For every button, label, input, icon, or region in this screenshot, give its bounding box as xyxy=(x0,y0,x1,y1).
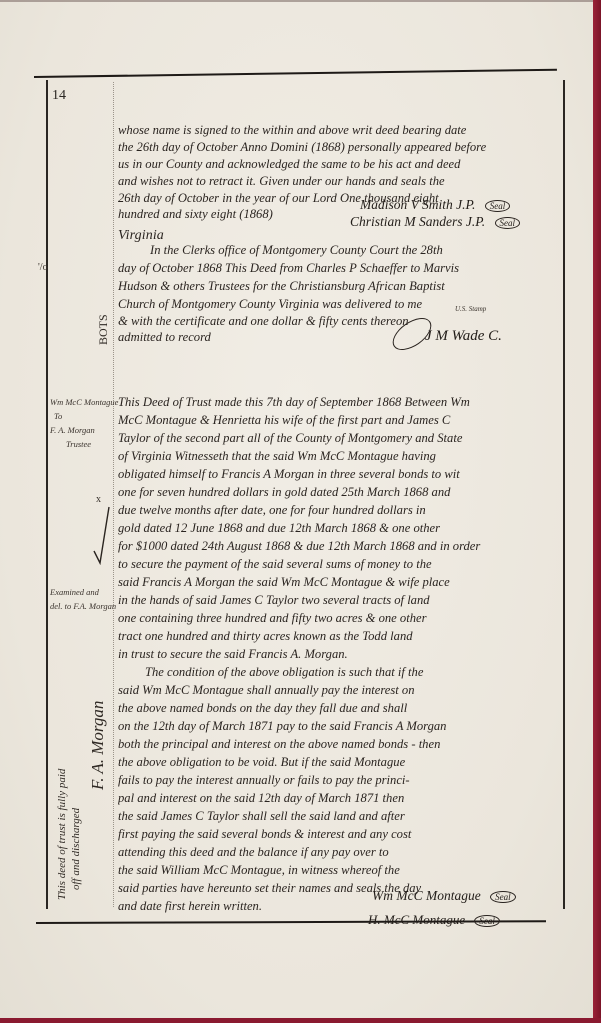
deed-line: due twelve months after date, one for fo… xyxy=(118,503,560,518)
binding-edge xyxy=(593,0,601,1023)
deed-line: McC Montague & Henrietta his wife of the… xyxy=(118,413,560,428)
deed-line: the above obligation to be void. But if … xyxy=(118,755,560,770)
deed-line: the above named bonds on the day they fa… xyxy=(118,701,560,716)
seal-mark: Seal xyxy=(490,891,516,903)
acknowledgment-line: and wishes not to retract it. Given unde… xyxy=(118,174,560,189)
margin-divider xyxy=(113,82,114,907)
seal-mark: Seal xyxy=(485,200,511,212)
stamp-note: U.S. Stamp xyxy=(455,305,486,313)
signature-name: Madison V Smith J.P. xyxy=(360,197,475,212)
justice-signature-1: Madison V Smith J.P. Seal xyxy=(360,197,510,213)
deed-line: This Deed of Trust made this 7th day of … xyxy=(118,395,560,410)
release-note: off and discharged xyxy=(70,808,82,890)
certificate-line: In the Clerks office of Montgomery Count… xyxy=(150,243,560,258)
certificate-line: day of October 1868 This Deed from Charl… xyxy=(118,261,560,276)
grantor-signature: Wm McC Montague Seal xyxy=(372,888,516,904)
page-top-edge xyxy=(0,0,593,2)
index-entry-to: To xyxy=(54,411,62,421)
examined-note: del. to F.A. Morgan xyxy=(50,601,116,611)
checkmark-icon xyxy=(92,505,110,565)
justice-signature-2: Christian M Sanders J.P. Seal xyxy=(350,214,520,230)
deed-line: the said William McC Montague, in witnes… xyxy=(118,863,560,878)
signature-name: H. McC Montague xyxy=(368,912,465,927)
deed-line: obligated himself to Francis A Morgan in… xyxy=(118,467,560,482)
signature-name: Christian M Sanders J.P. xyxy=(350,214,485,229)
certificate-line: Church of Montgomery County Virginia was… xyxy=(118,297,560,312)
deed-line: fails to pay the interest annually or fa… xyxy=(118,773,560,788)
wife-signature: H. McC Montague Seal xyxy=(368,912,500,928)
seal-mark: Seal xyxy=(474,915,500,927)
release-note: This deed of trust is fully paid xyxy=(56,769,68,900)
acknowledgment-line: us in our County and acknowledged the sa… xyxy=(118,157,560,172)
deed-line: both the principal and interest on the a… xyxy=(118,737,560,752)
deed-line: to secure the payment of the said severa… xyxy=(118,557,560,572)
deed-line: The condition of the above obligation is… xyxy=(145,665,560,680)
page-number: 14 xyxy=(52,88,66,104)
deed-line: said Wm McC Montague shall annually pay … xyxy=(118,683,560,698)
clerk-signature: J M Wade C. xyxy=(425,328,502,345)
deed-line: one containing three hundred and fifty t… xyxy=(118,611,560,626)
acknowledgment-line: whose name is signed to the within and a… xyxy=(118,123,560,138)
deed-line: and date first herein written. xyxy=(118,899,318,914)
acknowledgment-line: the 26th day of October Anno Domini (186… xyxy=(118,140,560,155)
index-entry-grantee: F. A. Morgan xyxy=(50,425,95,435)
fee-note: BOTS xyxy=(96,314,111,345)
deed-line: of Virginia Witnesseth that the said Wm … xyxy=(118,449,560,464)
seal-mark: Seal xyxy=(495,217,521,229)
deed-line: attending this deed and the balance if a… xyxy=(118,845,560,860)
signature-name: Wm McC Montague xyxy=(372,888,481,903)
index-entry-grantor: Wm McC Montague xyxy=(50,397,118,407)
acknowledgment-line: hundred and sixty eight (1868) xyxy=(118,207,318,222)
release-signature: F. A. Morgan xyxy=(88,701,108,790)
certificate-line: admitted to record xyxy=(118,330,268,345)
deed-line: said Francis A Morgan the said Wm McC Mo… xyxy=(118,575,560,590)
deed-line: gold dated 12 June 1868 and due 12th Mar… xyxy=(118,521,560,536)
margin-mark: '/o xyxy=(38,262,48,273)
margin-mark: x xyxy=(96,494,101,505)
deed-line: in trust to secure the said Francis A. M… xyxy=(118,647,560,662)
deed-line: the said James C Taylor shall sell the s… xyxy=(118,809,560,824)
certificate-heading: Virginia xyxy=(118,228,164,244)
certificate-line: Hudson & others Trustees for the Christi… xyxy=(118,279,560,294)
index-entry-role: Trustee xyxy=(66,439,91,449)
deed-line: in the hands of said James C Taylor two … xyxy=(118,593,560,608)
examined-note: Examined and xyxy=(50,587,99,597)
binding-edge-bottom xyxy=(0,1018,601,1023)
deed-line: for $1000 dated 24th August 1868 & due 1… xyxy=(118,539,560,554)
certificate-line: & with the certificate and one dollar & … xyxy=(118,314,560,329)
deed-line: one for seven hundred dollars in gold da… xyxy=(118,485,560,500)
deed-line: tract one hundred and thirty acres known… xyxy=(118,629,560,644)
deed-line: first paying the said several bonds & in… xyxy=(118,827,560,842)
deed-line: Taylor of the second part all of the Cou… xyxy=(118,431,560,446)
deed-line: pal and interest on the said 12th day of… xyxy=(118,791,560,806)
deed-line: on the 12th day of March 1871 pay to the… xyxy=(118,719,560,734)
